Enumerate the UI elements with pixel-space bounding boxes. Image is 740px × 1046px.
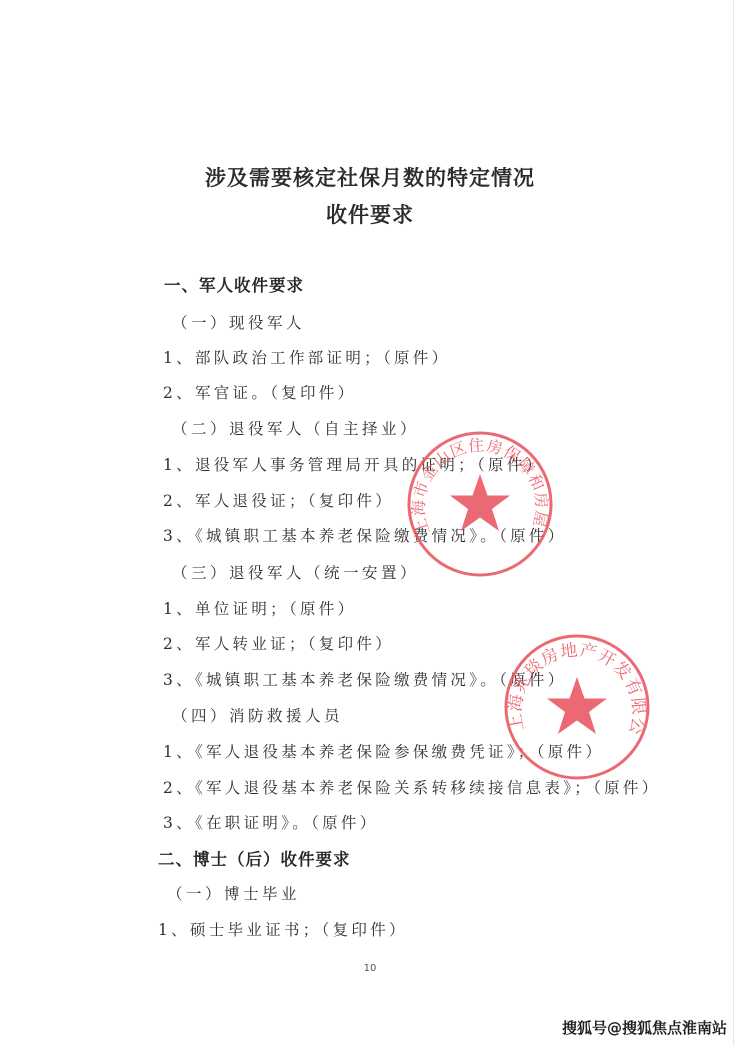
page-number: 10: [0, 963, 740, 974]
list-item: 3、《在职证明》。（原件）: [163, 811, 379, 833]
svg-text:上海市金山区住房保障和房屋管理局: 上海市金山区住房保障和房屋管理局: [404, 428, 552, 537]
seal-text: 上海市金山区住房保障和房屋管理局: [404, 428, 552, 537]
list-item: 3、《城镇职工基本养老保险缴费情况》。（原件）: [163, 524, 567, 546]
list-item: 1、单位证明；（原件）: [163, 597, 356, 619]
list-item: 2、军官证。（复印件）: [163, 381, 356, 403]
subsection-heading-unified-placement: （三）退役军人（统一安置）: [172, 561, 419, 583]
list-item: 2、军人退役证；（复印件）: [163, 489, 394, 511]
page-edge-line: [733, 0, 734, 1046]
star-icon: [450, 474, 510, 531]
subsection-heading-active-duty: （一）现役军人: [172, 311, 305, 333]
list-item: 2、军人转业证；（复印件）: [163, 632, 394, 654]
source-watermark: 搜狐号@搜狐焦点淮南站: [562, 1017, 727, 1038]
section-heading-doctorate: 二、博士（后）收件要求: [158, 846, 351, 870]
list-item: 1、硕士毕业证书；（复印件）: [158, 918, 408, 940]
section-heading-military: 一、军人收件要求: [164, 272, 304, 296]
list-item: 1、退役军人事务管理局开具的证明；（原件）: [163, 453, 544, 475]
document-subtitle: 收件要求: [0, 199, 740, 229]
subsection-heading-phd-graduate: （一）博士毕业: [167, 882, 300, 904]
subsection-heading-fire-rescue: （四）消防救援人员: [172, 704, 343, 726]
list-item: 1、部队政治工作部证明；（原件）: [163, 346, 450, 368]
list-item: 1、《军人退役基本养老保险参保缴费凭证》；（原件）: [163, 740, 604, 762]
housing-bureau-seal: 上海市金山区住房保障和房屋管理局: [404, 428, 556, 580]
list-item: 2、《军人退役基本养老保险关系转移续接信息表》；（原件）: [163, 776, 661, 798]
subsection-heading-self-employed: （二）退役军人（自主择业）: [172, 417, 419, 439]
list-item: 3、《城镇职工基本养老保险缴费情况》。（原件）: [163, 668, 567, 690]
document-title: 涉及需要核定社保月数的特定情况: [0, 162, 740, 192]
